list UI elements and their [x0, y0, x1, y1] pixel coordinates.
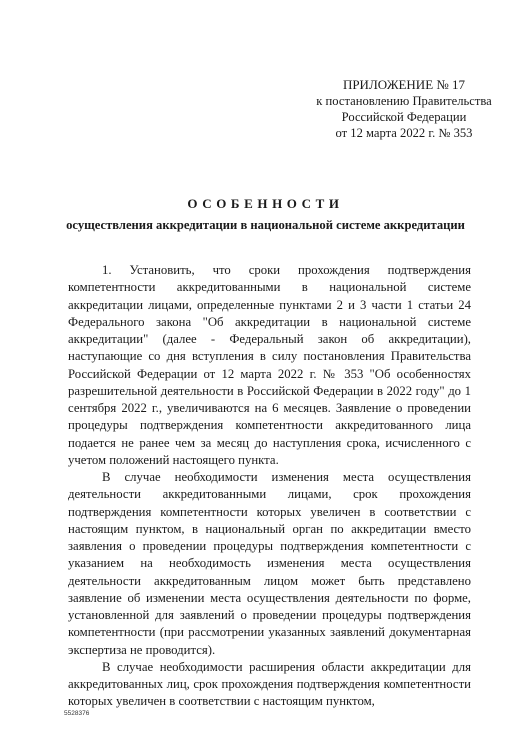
appendix-header: ПРИЛОЖЕНИЕ № 17 к постановлению Правител…	[300, 77, 508, 141]
appendix-title: ПРИЛОЖЕНИЕ № 17	[300, 77, 508, 93]
document-code: 5528376	[64, 710, 89, 717]
appendix-line-1: к постановлению Правительства	[300, 93, 508, 109]
appendix-line-3: от 12 марта 2022 г. № 353	[300, 125, 508, 141]
document-subtitle: осуществления аккредитации в национально…	[0, 218, 531, 233]
paragraph: В случае необходимости расширения област…	[68, 659, 471, 711]
document-body: 1. Установить, что сроки прохождения под…	[68, 262, 471, 711]
paragraph: В случае необходимости изменения места о…	[68, 469, 471, 659]
appendix-line-2: Российской Федерации	[300, 109, 508, 125]
document-title: ОСОБЕННОСТИ	[0, 196, 531, 212]
paragraph: 1. Установить, что сроки прохождения под…	[68, 262, 471, 469]
